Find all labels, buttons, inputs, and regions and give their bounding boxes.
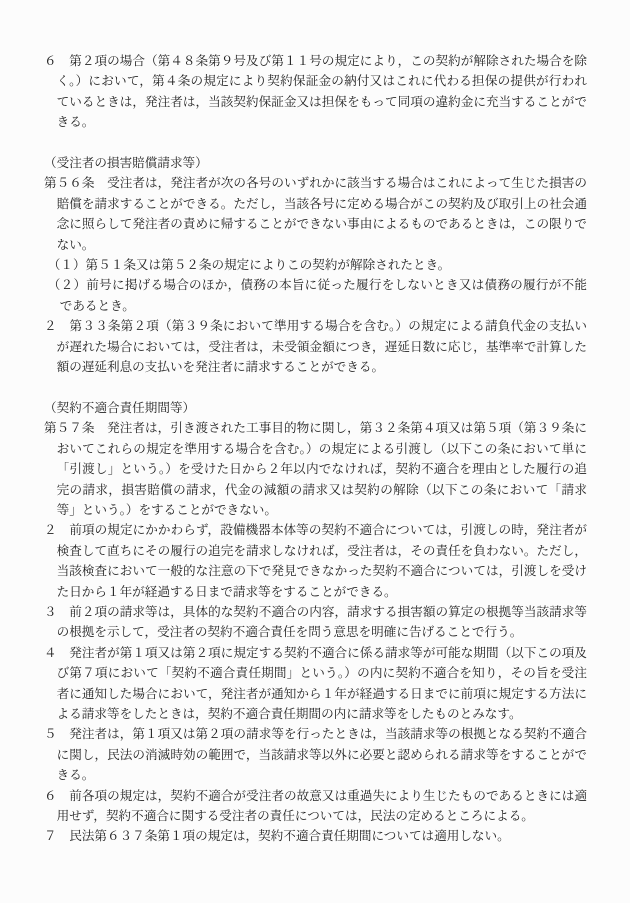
article-56-paragraph-2: ２ 第３３条第２項（第３９条において準用する場合を含む。）の規定による請負代金の…: [44, 316, 587, 377]
section-damages-claim: （受注者の損害賠償請求等） 第５６条 受注者は，発注者が次の各号のいずれかに該当…: [44, 153, 587, 377]
section-nonconformity-liability: （契約不適合責任期間等） 第５７条 発注者は，引き渡された工事目的物に関し，第３…: [44, 398, 587, 847]
article-57-paragraph-6: ６ 前各項の規定は，契約不適合が受注者の故意又は重過失により生じたものであるとき…: [44, 786, 587, 827]
article-57-paragraph-7: ７ 民法第６３７条第１項の規定は，契約不適合責任期間については適用しない。: [44, 826, 587, 846]
page-content: ６ 第２項の場合（第４８条第９号及び第１１号の規定により，この契約が解除された場…: [44, 51, 587, 847]
article-57-paragraph-4: ４ 発注者が第１項又は第２項に規定する契約不適合に係る請求等が可能な期間（以下こ…: [44, 643, 587, 725]
article-57-paragraph-2: ２ 前項の規定にかかわらず，設備機器本体等の契約不適合については，引渡しの時，発…: [44, 520, 587, 602]
clause-paragraph-6: ６ 第２項の場合（第４８条第９号及び第１１号の規定により，この契約が解除された場…: [44, 51, 587, 133]
section-heading: （受注者の損害賠償請求等）: [44, 153, 587, 173]
article-57-paragraph-1: 第５７条 発注者は，引き渡された工事目的物に関し，第３２条第４項又は第５項（第３…: [44, 418, 587, 520]
article-56-paragraph-1: 第５６条 受注者は，発注者が次の各号のいずれかに該当する場合はこれによって生じた…: [44, 173, 587, 255]
document-page: ６ 第２項の場合（第４８条第９号及び第１１号の規定により，この契約が解除された場…: [0, 0, 630, 903]
article-56-subitem-2: （２）前号に掲げる場合のほか，債務の本旨に従った履行をしないとき又は債務の履行が…: [48, 275, 587, 316]
section-heading: （契約不適合責任期間等）: [44, 398, 587, 418]
article-56-subitem-1: （１）第５１条又は第５２条の規定によりこの契約が解除されたとき。: [48, 255, 587, 275]
article-57-paragraph-5: ５ 発注者は，第１項又は第２項の請求等を行ったときは，当該請求等の根拠となる契約…: [44, 724, 587, 785]
article-57-paragraph-3: ３ 前２項の請求等は，具体的な契約不適合の内容，請求する損害額の算定の根拠等当該…: [44, 602, 587, 643]
